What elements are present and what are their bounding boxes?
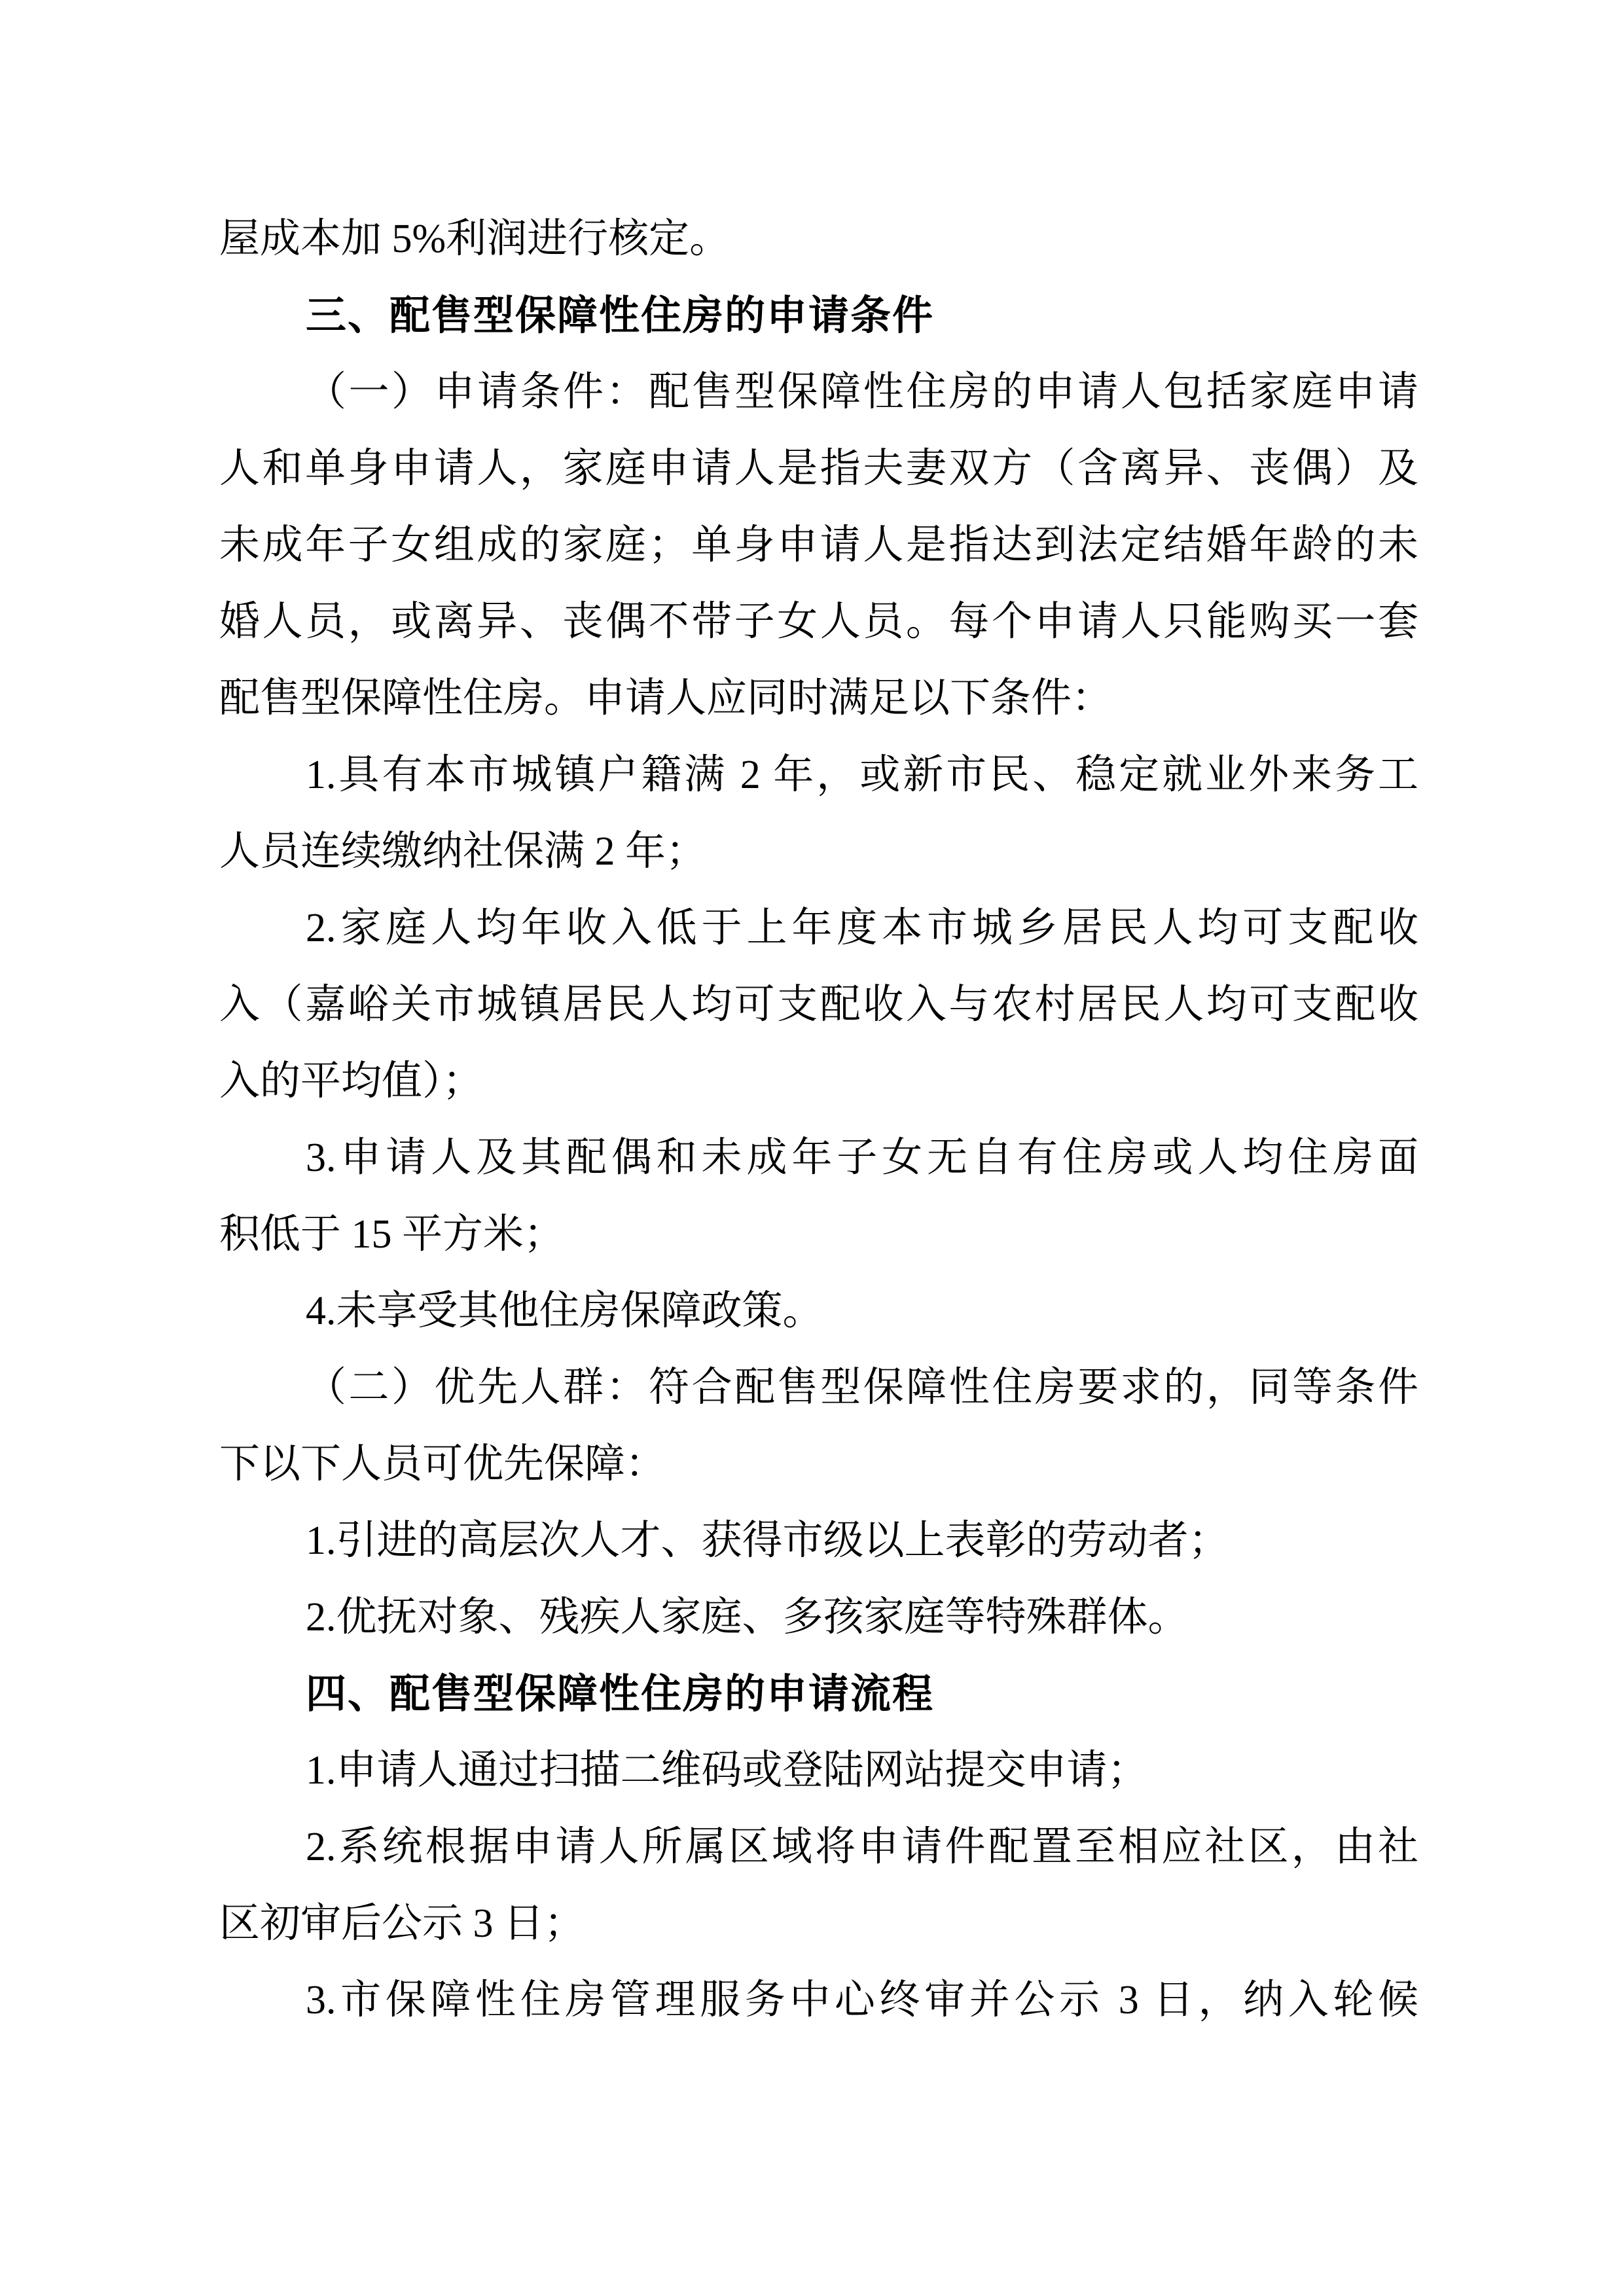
text-line-16: （二）优先人群：符合配售型保障性住房要求的，同等条件 bbox=[219, 1350, 1418, 1426]
heading-section-4: 四、配售型保障性住房的申请流程 bbox=[219, 1656, 1418, 1732]
text-line-21: 1.申请人通过扫描二维码或登陆网站提交申请； bbox=[219, 1732, 1418, 1809]
text-line-18: 1.引进的高层次人才、获得市级以上表彰的劳动者； bbox=[219, 1503, 1418, 1579]
text-line-04: 人和单身申请人，家庭申请人是指夫妻双方（含离异、丧偶）及 bbox=[219, 431, 1418, 507]
text-line-14: 积低于 15 平方米； bbox=[219, 1196, 1418, 1273]
text-line-07: 配售型保障性住房。申请人应同时满足以下条件： bbox=[219, 660, 1418, 737]
text-line-23: 区初审后公示 3 日； bbox=[219, 1886, 1418, 1962]
text-line-01: 屋成本加 5%利润进行核定。 bbox=[219, 201, 1418, 278]
text-line-10: 2.家庭人均年收入低于上年度本市城乡居民人均可支配收 bbox=[219, 890, 1418, 967]
text-line-22: 2.系统根据申请人所属区域将申请件配置至相应社区，由社 bbox=[219, 1809, 1418, 1886]
text-line-24: 3.市保障性住房管理服务中心终审并公示 3 日，纳入轮候 bbox=[219, 1962, 1418, 2039]
text-line-19: 2.优抚对象、残疾人家庭、多孩家庭等特殊群体。 bbox=[219, 1579, 1418, 1656]
heading-section-3: 三、配售型保障性住房的申请条件 bbox=[219, 278, 1418, 354]
text-line-05: 未成年子女组成的家庭；单身申请人是指达到法定结婚年龄的未 bbox=[219, 507, 1418, 584]
text-line-03: （一）申请条件：配售型保障性住房的申请人包括家庭申请 bbox=[219, 354, 1418, 431]
text-line-17: 下以下人员可优先保障： bbox=[219, 1426, 1418, 1503]
text-line-13: 3.申请人及其配偶和未成年子女无自有住房或人均住房面 bbox=[219, 1120, 1418, 1196]
text-line-11: 入（嘉峪关市城镇居民人均可支配收入与农村居民人均可支配收 bbox=[219, 967, 1418, 1043]
document-page: 屋成本加 5%利润进行核定。 三、配售型保障性住房的申请条件 （一）申请条件：配… bbox=[0, 0, 1624, 2296]
text-line-08: 1.具有本市城镇户籍满 2 年，或新市民、稳定就业外来务工 bbox=[219, 737, 1418, 814]
text-line-06: 婚人员，或离异、丧偶不带子女人员。每个申请人只能购买一套 bbox=[219, 584, 1418, 660]
text-line-09: 人员连续缴纳社保满 2 年； bbox=[219, 814, 1418, 890]
page-body: 屋成本加 5%利润进行核定。 三、配售型保障性住房的申请条件 （一）申请条件：配… bbox=[219, 201, 1418, 2039]
text-line-15: 4.未享受其他住房保障政策。 bbox=[219, 1273, 1418, 1350]
text-line-12: 入的平均值）； bbox=[219, 1043, 1418, 1120]
